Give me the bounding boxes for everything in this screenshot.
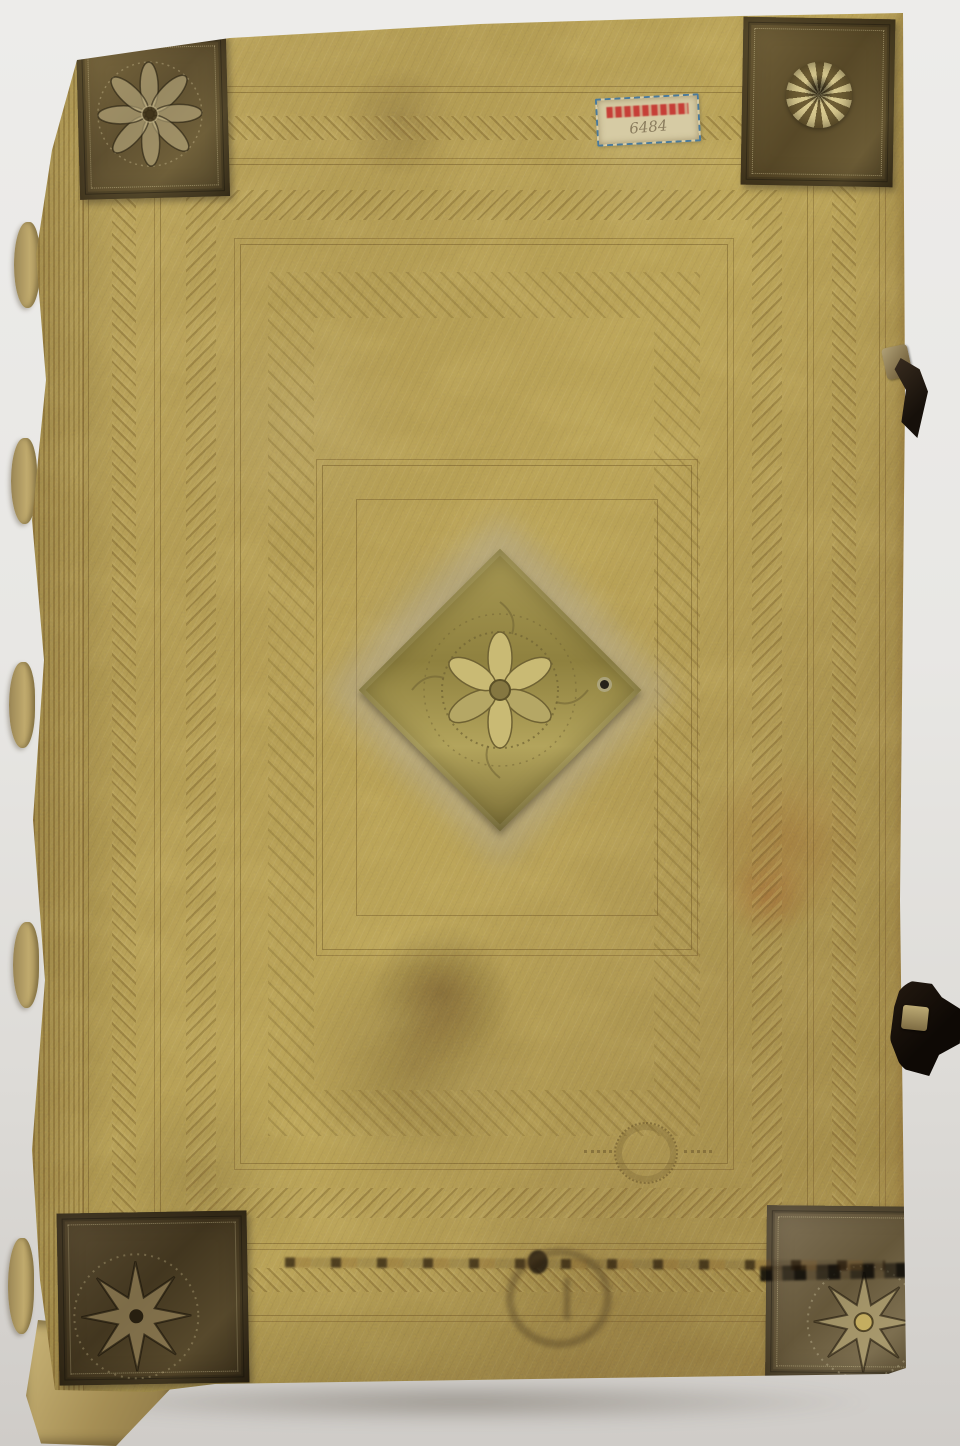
corner-plate-bottom-left [57, 1210, 250, 1385]
clasp-upper-leather-strap [890, 358, 928, 438]
nail-hole [600, 680, 609, 689]
rosette-icon [76, 34, 230, 200]
book-cover: 6484 [28, 12, 908, 1394]
ring-stain-mark [564, 1278, 570, 1320]
corner-plate-bottom-right [765, 1205, 931, 1379]
spine-raised-band [9, 662, 35, 748]
clasp-upper [884, 346, 930, 438]
medallion-oval [614, 1122, 678, 1184]
ring-stain [506, 1248, 612, 1348]
star-icon [57, 1210, 250, 1385]
clasp-lower [890, 980, 960, 1076]
corner-plate-top-right [741, 17, 896, 188]
photo-background: 6484 [0, 0, 960, 1446]
spine-raised-band [13, 922, 39, 1008]
medallion-flourish-right [684, 1150, 712, 1153]
spine-raised-band [14, 222, 40, 308]
star-icon [765, 1205, 931, 1379]
center-rosette-icon [400, 590, 600, 790]
inventory-label: 6484 [595, 93, 701, 146]
corner-plate-top-left [76, 34, 230, 200]
spine-raised-band [8, 1238, 34, 1334]
medallion-ornament [588, 1114, 708, 1196]
clasp-lower-brass-pin [901, 1005, 929, 1032]
medallion-flourish-left [584, 1150, 612, 1153]
center-boss-diamond [359, 549, 642, 832]
